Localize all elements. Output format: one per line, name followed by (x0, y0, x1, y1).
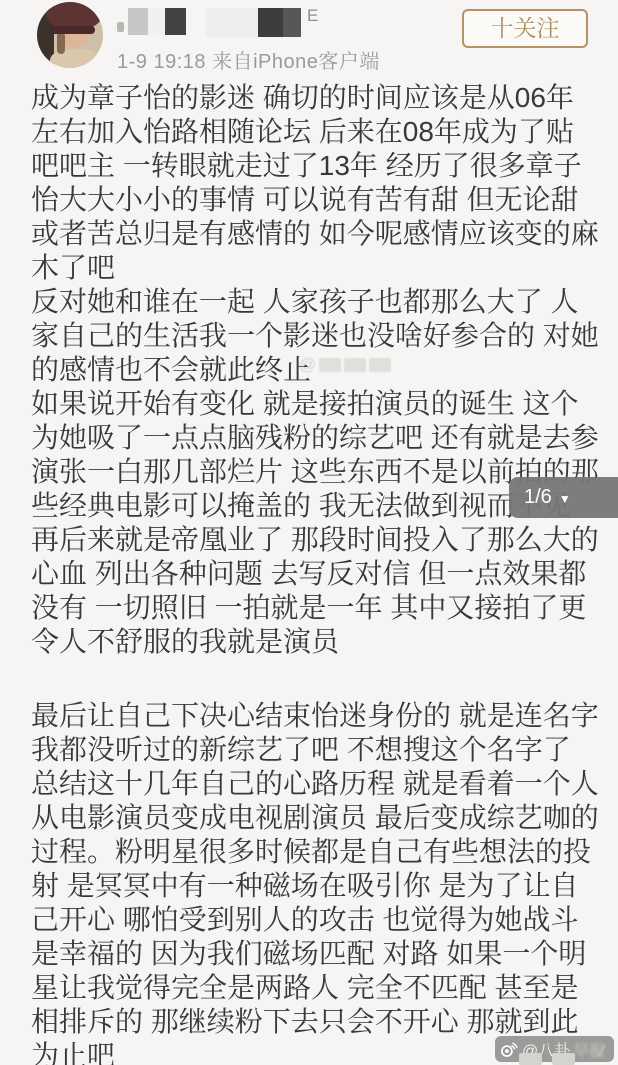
pager-count: 1/6 (524, 486, 552, 509)
mosaic-block (148, 8, 165, 35)
post-body: 成为章子怡的影迷 确切的时间应该是从06年左右加入怡路相随论坛 后来在08年成为… (31, 81, 597, 1065)
mosaic-block (369, 358, 391, 372)
timestamp: 1-9 19:18 (117, 51, 206, 73)
text-line: 如果说开始有变化 就是接拍演员的诞生 这个 (31, 387, 597, 421)
text-line: 星让我觉得完全是两路人 完全不匹配 甚至是 (31, 971, 597, 1005)
paragraph-2: 最后让自己下决心结束怡迷身份的 就是连名字我都没听过的新综艺了吧 不想搜这个名字… (31, 699, 597, 1065)
text-line: 己开心 哪怕受到别人的攻击 也觉得为她战斗 (31, 903, 597, 937)
faint-watermark: @ (299, 355, 391, 375)
post-source: 来自iPhone客户端 (212, 51, 380, 73)
at-symbol: @ (299, 355, 316, 375)
mosaic-block (319, 358, 341, 372)
text-line: 再后来就是帝凰业了 那段时间投入了那么大的 (31, 523, 597, 557)
mosaic-block (344, 358, 366, 372)
follow-button[interactable]: 十关注 (462, 9, 588, 48)
text-line: 相排斥的 那继续粉下去只会不开心 那就到此 (31, 1005, 597, 1039)
text-line: 是幸福的 因为我们磁场匹配 对路 如果一个明 (31, 937, 597, 971)
mosaic-block (519, 1053, 542, 1065)
text-line: 没有 一切照旧 一拍就是一年 其中又接拍了更 (31, 591, 597, 625)
mosaic-block (128, 8, 148, 35)
username-visible-char: E (307, 6, 318, 26)
text-line: 或者苦总归是有感情的 如今呢感情应该变的麻 (31, 217, 597, 251)
text-line: 吧吧主 一转眼就走过了13年 经历了很多章子 (31, 149, 597, 183)
text-line: 成为章子怡的影迷 确切的时间应该是从06年 (31, 81, 597, 115)
mosaic-block (165, 8, 186, 35)
text-line: 怡大大小小的事情 可以说有苦有甜 但无论甜 (31, 183, 597, 217)
avatar[interactable] (37, 2, 103, 68)
username-redacted: E (117, 8, 380, 38)
avatar-hat-brim (51, 26, 95, 34)
mosaic-block (258, 8, 283, 37)
text-line: 过程。粉明星很多时候都是自己有些想法的投 (31, 835, 597, 869)
avatar-hair (57, 32, 65, 54)
text-line: 射 是冥冥中有一种磁场在吸引你 是为了让自 (31, 869, 597, 903)
text-line: 为她吸了一点点脑残粉的综艺吧 还有就是去参 (31, 421, 597, 455)
text-line: 从电影演员变成电视剧演员 最后变成综艺咖的 (31, 801, 597, 835)
mosaic-block (117, 22, 124, 32)
mosaic-block (283, 8, 301, 37)
weibo-post-screenshot: E 1-9 19:18 来自iPhone客户端 十关注 成为章子怡的影迷 确切的… (0, 0, 618, 1065)
post-meta: 1-9 19:18 来自iPhone客户端 (117, 45, 380, 74)
mosaic-block (206, 8, 258, 37)
weibo-eye-icon (499, 1039, 519, 1059)
text-line: 家自己的生活我一个影迷也没啥好参合的 对她 (31, 319, 597, 353)
chevron-down-icon: ▼ (559, 492, 571, 506)
user-info: E 1-9 19:18 来自iPhone客户端 (117, 8, 380, 74)
text-line: 令人不舒服的我就是演员 (31, 625, 597, 659)
text-line: 心血 列出各种问题 去写反对信 但一点效果都 (31, 557, 597, 591)
image-pager-badge[interactable]: 1/6 ▼ (509, 477, 618, 518)
text-line: 我都没听过的新综艺了吧 不想搜这个名字了 (31, 733, 597, 767)
text-line: 最后让自己下决心结束怡迷身份的 就是连名字 (31, 699, 597, 733)
text-line: 反对她和谁在一起 人家孩子也都那么大了 人 (31, 285, 597, 319)
text-line: 木了吧 (31, 251, 597, 285)
text-line: 左右加入怡路相随论坛 后来在08年成为了贴 (31, 115, 597, 149)
text-line: 总结这十几年自己的心路历程 就是看着一个人 (31, 767, 597, 801)
mosaic-block (552, 1053, 575, 1065)
